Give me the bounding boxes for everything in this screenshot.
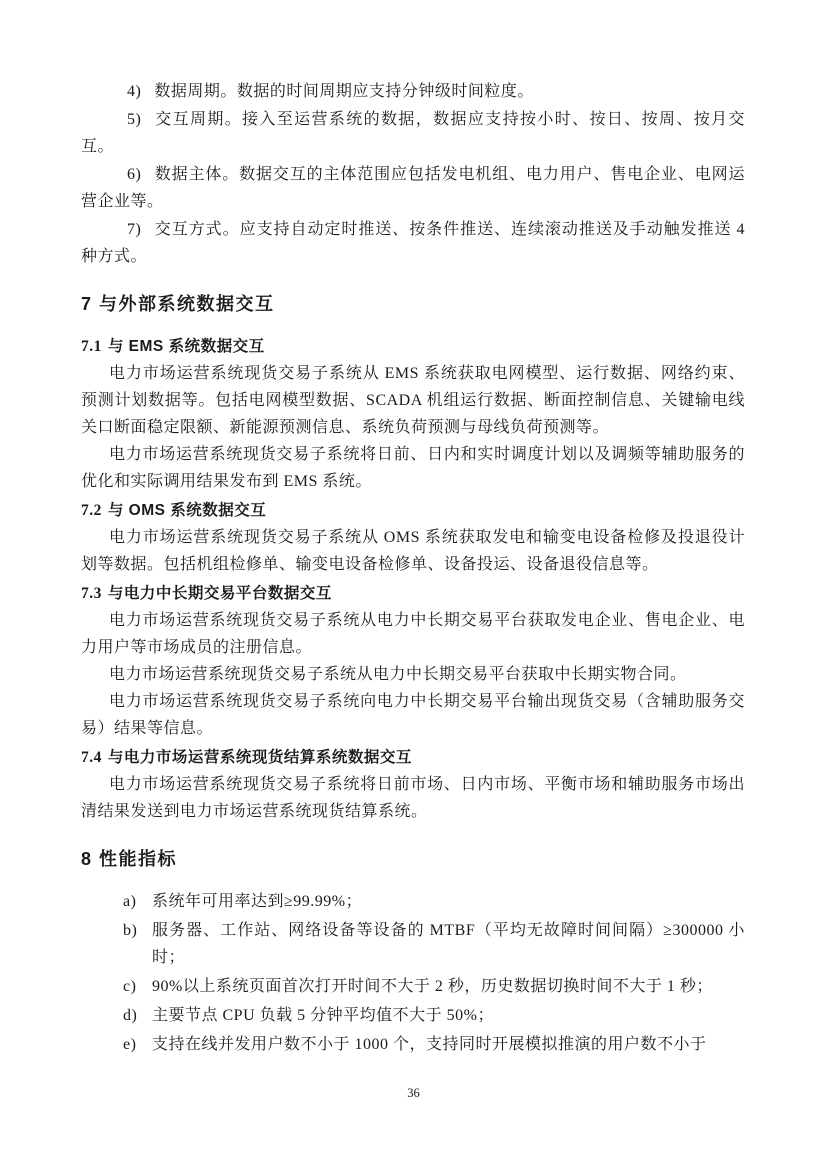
perf-item-marker: a) [123,888,136,915]
list-item-text: 数据周期。数据的时间周期应支持分钟级时间粒度。 [154,83,534,100]
subsection-title: 与电力中长期交易平台数据交互 [108,585,332,602]
list-item-text: 交互周期。接入至运营系统的数据，数据应支持按小时、按日、按周、按月交互。 [81,111,745,155]
document-page: 4)数据周期。数据的时间周期应支持分钟级时间粒度。 5)交互周期。接入至运营系统… [0,0,827,1169]
perf-item-marker: b) [123,917,137,944]
list-item-marker: 4) [127,83,141,100]
subsection-heading-7-3: 7.3与电力中长期交易平台数据交互 [81,580,745,607]
paragraph: 电力市场运营系统现货交易子系统向电力中长期交易平台输出现货交易（含辅助服务交易）… [81,688,745,742]
paragraph: 电力市场运营系统现货交易子系统从 OMS 系统获取发电和输变电设备检修及投退役计… [81,524,745,578]
subsection-title: 与电力市场运营系统现货结算系统数据交互 [108,749,412,766]
list-item-text: 数据主体。数据交互的主体范围应包括发电机组、电力用户、售电企业、电网运营企业等。 [81,166,745,210]
list-item-marker: 5) [127,111,141,128]
section-heading-7: 7 与外部系统数据交互 [81,289,745,319]
paragraph: 电力市场运营系统现货交易子系统将日前市场、日内市场、平衡市场和辅助服务市场出清结… [81,771,745,825]
perf-list-item: b)服务器、工作站、网络设备等设备的 MTBF（平均无故障时间间隔）≥30000… [81,917,745,971]
list-item-text: 交互方式。应支持自动定时推送、按条件推送、连续滚动推送及手动触发推送 4 种方式… [81,221,745,265]
perf-item-text: 主要节点 CPU 负载 5 分钟平均值不大于 50%； [152,1007,494,1024]
perf-item-text: 服务器、工作站、网络设备等设备的 MTBF（平均无故障时间间隔）≥300000 … [152,922,745,966]
subsection-number: 7.3 [81,585,102,602]
perf-item-marker: c) [123,973,136,1000]
perf-item-marker: e) [123,1031,136,1058]
paragraph: 电力市场运营系统现货交易子系统从 EMS 系统获取电网模型、运行数据、网络约束、… [81,360,745,441]
subsection-number: 7.4 [81,749,102,766]
subsection-title: 与 OMS 系统数据交互 [108,502,266,519]
list-item-marker: 7) [127,221,141,238]
paragraph: 电力市场运营系统现货交易子系统从电力中长期交易平台获取发电企业、售电企业、电力用… [81,607,745,661]
list-item-marker: 6) [127,166,141,183]
list-item: 6)数据主体。数据交互的主体范围应包括发电机组、电力用户、售电企业、电网运营企业… [81,161,745,215]
subsection-heading-7-4: 7.4与电力市场运营系统现货结算系统数据交互 [81,744,745,771]
subsection-heading-7-1: 7.1与 EMS 系统数据交互 [81,333,745,360]
subsection-number: 7.1 [81,338,102,355]
perf-item-text: 90%以上系统页面首次打开时间不大于 2 秒，历史数据切换时间不大于 1 秒； [152,978,713,995]
paragraph: 电力市场运营系统现货交易子系统将日前、日内和实时调度计划以及调频等辅助服务的优化… [81,441,745,495]
subsection-title: 与 EMS 系统数据交互 [108,338,265,355]
subsection-heading-7-2: 7.2与 OMS 系统数据交互 [81,497,745,524]
perf-item-text: 支持在线并发用户数不小于 1000 个，支持同时开展模拟推演的用户数不小于 [152,1036,707,1053]
paragraph: 电力市场运营系统现货交易子系统从电力中长期交易平台获取中长期实物合同。 [81,661,745,688]
list-item: 5)交互周期。接入至运营系统的数据，数据应支持按小时、按日、按周、按月交互。 [81,106,745,160]
perf-list-item: a)系统年可用率达到≥99.99%； [81,888,745,915]
perf-list-item: c)90%以上系统页面首次打开时间不大于 2 秒，历史数据切换时间不大于 1 秒… [81,973,745,1000]
perf-list-item: d)主要节点 CPU 负载 5 分钟平均值不大于 50%； [81,1002,745,1029]
perf-item-marker: d) [123,1002,137,1029]
list-item: 7)交互方式。应支持自动定时推送、按条件推送、连续滚动推送及手动触发推送 4 种… [81,216,745,270]
page-number: 36 [0,1086,827,1101]
perf-item-text: 系统年可用率达到≥99.99%； [152,893,362,910]
subsection-number: 7.2 [81,502,102,519]
section-heading-8: 8 性能指标 [81,844,745,874]
list-item: 4)数据周期。数据的时间周期应支持分钟级时间粒度。 [81,78,745,105]
perf-list-item: e)支持在线并发用户数不小于 1000 个，支持同时开展模拟推演的用户数不小于 [81,1031,745,1058]
page-content: 4)数据周期。数据的时间周期应支持分钟级时间粒度。 5)交互周期。接入至运营系统… [0,0,827,1060]
